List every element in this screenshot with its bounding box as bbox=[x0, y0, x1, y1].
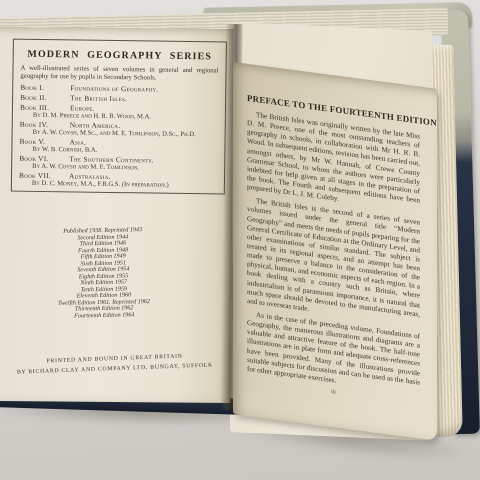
series-title: MODERN GEOGRAPHY SERIES bbox=[21, 49, 219, 63]
book-list: Book I.Foundations of Geography. Book II… bbox=[19, 84, 218, 190]
preface-paragraph: The British Isles is the second of a ser… bbox=[247, 196, 420, 328]
series-intro: A well-illustrated series of seven volum… bbox=[20, 65, 218, 83]
book-number: Book IV. bbox=[20, 120, 70, 129]
book-number: Book II. bbox=[20, 94, 70, 103]
left-page: MODERN GEOGRAPHY SERIES A well-illustrat… bbox=[0, 27, 234, 403]
book-number: Book V. bbox=[19, 137, 69, 146]
book-row: Book III.Europe. By D. M. Preece and H. … bbox=[20, 103, 218, 122]
series-box: MODERN GEOGRAPHY SERIES A well-illustrat… bbox=[11, 39, 227, 195]
book-number: Book VII. bbox=[19, 171, 69, 180]
book-number: Book VI. bbox=[19, 154, 69, 163]
book-row: Book VII.Australasia. By D. C. Money, M.… bbox=[19, 171, 217, 190]
book-photo: MODERN GEOGRAPHY SERIES A well-illustrat… bbox=[0, 0, 480, 480]
book-number: Book III. bbox=[20, 103, 70, 112]
printer-info: PRINTED AND BOUND IN GREAT BRITAIN BY RI… bbox=[0, 349, 231, 377]
book-row: Book IV.North America. By A. W. Coysh, M… bbox=[20, 120, 218, 139]
editions-list: Published 1938. Reprinted 1943 Second Ed… bbox=[13, 226, 195, 321]
book-row: Book V.Asia. By W. B. Cornish, B.A. bbox=[19, 137, 217, 156]
right-page: PREFACE TO THE FOURTEENTH EDITION The Br… bbox=[233, 62, 437, 441]
